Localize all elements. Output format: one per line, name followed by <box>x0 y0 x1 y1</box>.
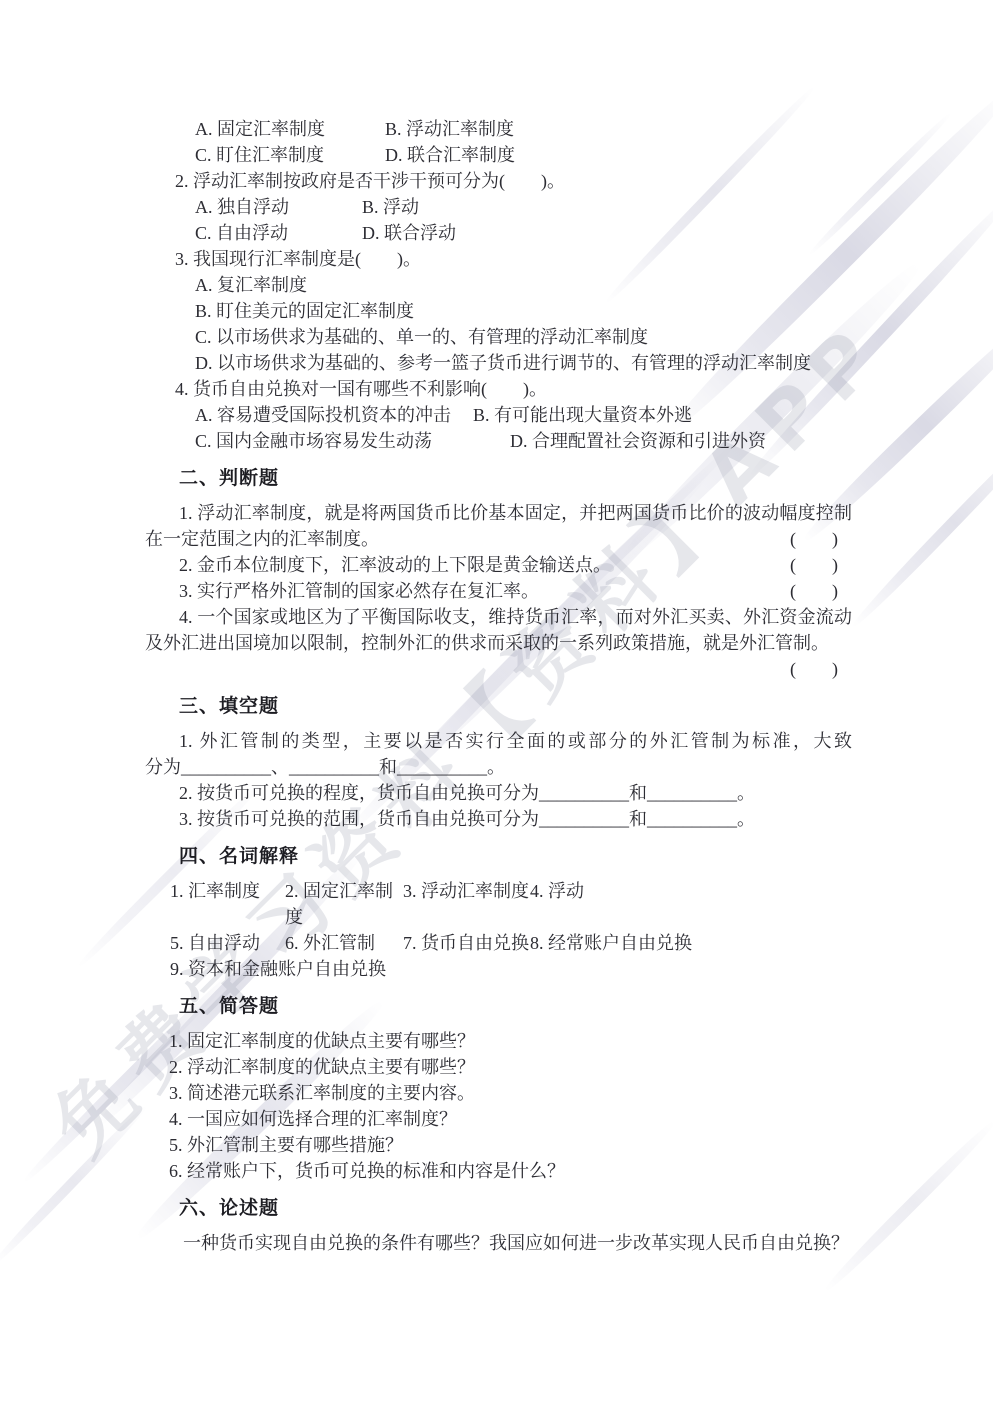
tf-answer-blank: ( ) <box>756 552 838 578</box>
section-heading: 三、填空题 <box>179 694 852 720</box>
section-multiple-choice: A. 固定汇率制度B. 浮动汇率制度 C. 盯住汇率制度D. 联合汇率制度 2.… <box>145 116 852 454</box>
tf-answer-blank: ( ) <box>756 578 838 604</box>
short-answer-item: 1. 固定汇率制度的优缺点主要有哪些？ <box>145 1028 852 1054</box>
section-heading: 六、论述题 <box>179 1196 852 1222</box>
short-answer-item: 3. 简述港元联系汇率制度的主要内容。 <box>145 1080 852 1106</box>
tf-answer-blank: ( ) <box>756 656 838 682</box>
mc-option: B. 盯住美元的固定汇率制度 <box>145 298 852 324</box>
term-item: 3. 浮动汇率制度 <box>403 878 530 930</box>
terms-grid: 1. 汇率制度 2. 固定汇率制度 3. 浮动汇率制度 4. 浮动 5. 自由浮… <box>145 878 852 982</box>
tf-item: 3. 实行严格外汇管制的国家必然存在复汇率。 ( ) <box>145 578 852 604</box>
term-item: 7. 货币自由兑换 <box>403 930 530 956</box>
section-true-false: 二、判断题 1. 浮动汇率制度，就是将两国货币比价基本固定，并把两国货币比价的波… <box>145 466 852 682</box>
term-item: 8. 经常账户自由兑换 <box>530 930 692 956</box>
mc-option: B. 浮动汇率制度 <box>385 119 514 139</box>
short-answer-item: 6. 经常账户下，货币可兑换的标准和内容是什么？ <box>145 1158 852 1184</box>
section-heading: 四、名词解释 <box>179 844 852 870</box>
mc-option-row: C. 国内金融市场容易发生动荡D. 合理配置社会资源和引进外资 <box>145 428 852 454</box>
mc-option-row: A. 独自浮动B. 浮动 <box>145 194 852 220</box>
fill-item: 3. 按货币可兑换的范围，货币自由兑换可分为__________和_______… <box>145 806 852 832</box>
tf-item: 4. 一个国家或地区为了平衡国际收支，维持货币汇率，而对外汇买卖、外汇资金流动及… <box>145 604 852 682</box>
tf-item-text: 2. 金币本位制度下，汇率波动的上下限是黄金输送点。 <box>179 555 611 575</box>
mc-option-row: C. 盯住汇率制度D. 联合汇率制度 <box>145 142 852 168</box>
mc-question-stem: 2. 浮动汇率制按政府是否干涉干预可分为( )。 <box>145 168 852 194</box>
term-item: 5. 自由浮动 <box>170 930 285 956</box>
term-item: 2. 固定汇率制度 <box>285 878 403 930</box>
fill-item: 2. 按货币可兑换的程度，货币自由兑换可分为__________和_______… <box>145 780 852 806</box>
exercise-page: 免费学习资料【资料】APP A. 固定汇率制度B. 浮动汇率制度 C. 盯住汇率… <box>0 0 993 1404</box>
mc-option-row: A. 容易遭受国际投机资本的冲击B. 有可能出现大量资本外逃 <box>145 402 852 428</box>
section-fill-blank: 三、填空题 1. 外汇管制的类型，主要以是否实行全面的或部分的外汇管制为标准，大… <box>145 694 852 832</box>
tf-item-text: 4. 一个国家或地区为了平衡国际收支，维持货币汇率，而对外汇买卖、外汇资金流动及… <box>145 607 852 653</box>
terms-row: 5. 自由浮动 6. 外汇管制 7. 货币自由兑换 8. 经常账户自由兑换 <box>170 930 852 956</box>
tf-item-text: 3. 实行严格外汇管制的国家必然存在复汇率。 <box>179 581 539 601</box>
section-essay: 六、论述题 一种货币实现自由兑换的条件有哪些？我国应如何进一步改革实现人民币自由… <box>145 1196 852 1256</box>
mc-option-row: C. 自由浮动D. 联合浮动 <box>145 220 852 246</box>
short-answer-item: 2. 浮动汇率制度的优缺点主要有哪些？ <box>145 1054 852 1080</box>
terms-row: 1. 汇率制度 2. 固定汇率制度 3. 浮动汇率制度 4. 浮动 <box>170 878 852 930</box>
section-heading: 五、简答题 <box>179 994 852 1020</box>
watermark-streak <box>0 1102 150 1267</box>
mc-question-stem: 3. 我国现行汇率制度是( )。 <box>145 246 852 272</box>
term-item: 9. 资本和金融账户自由兑换 <box>170 956 386 982</box>
mc-option: D. 以市场供求为基础的、参考一篮子货币进行调节的、有管理的浮动汇率制度 <box>145 350 852 376</box>
mc-option: B. 有可能出现大量资本外逃 <box>473 405 692 425</box>
tf-answer-blank: ( ) <box>756 526 838 552</box>
mc-option: A. 复汇率制度 <box>145 272 852 298</box>
mc-option: D. 合理配置社会资源和引进外资 <box>510 431 766 451</box>
mc-option: A. 容易遭受国际投机资本的冲击 <box>195 402 473 428</box>
terms-row: 9. 资本和金融账户自由兑换 <box>170 956 852 982</box>
mc-option: C. 自由浮动 <box>195 220 362 246</box>
tf-item-text: 1. 浮动汇率制度，就是将两国货币比价基本固定，并把两国货币比价的波动幅度控制在… <box>145 503 852 549</box>
section-short-answer: 五、简答题 1. 固定汇率制度的优缺点主要有哪些？ 2. 浮动汇率制度的优缺点主… <box>145 994 852 1184</box>
mc-question-stem: 4. 货币自由兑换对一国有哪些不利影响( )。 <box>145 376 852 402</box>
short-answer-item: 4. 一国应如何选择合理的汇率制度？ <box>145 1106 852 1132</box>
section-heading: 二、判断题 <box>179 466 852 492</box>
mc-option: D. 联合浮动 <box>362 223 456 243</box>
mc-option: C. 国内金融市场容易发生动荡 <box>195 428 510 454</box>
tf-item: 2. 金币本位制度下，汇率波动的上下限是黄金输送点。 ( ) <box>145 552 852 578</box>
term-item: 6. 外汇管制 <box>285 930 403 956</box>
essay-question: 一种货币实现自由兑换的条件有哪些？我国应如何进一步改革实现人民币自由兑换？ <box>145 1230 852 1256</box>
mc-option: D. 联合汇率制度 <box>385 145 515 165</box>
page-content: A. 固定汇率制度B. 浮动汇率制度 C. 盯住汇率制度D. 联合汇率制度 2.… <box>145 116 852 1256</box>
mc-option: A. 独自浮动 <box>195 194 362 220</box>
mc-option: C. 盯住汇率制度 <box>195 142 385 168</box>
fill-item-line: 1. 外汇管制的类型，主要以是否实行全面的或部分的外汇管制为标准，大致 <box>145 728 852 754</box>
mc-option-row: A. 固定汇率制度B. 浮动汇率制度 <box>145 116 852 142</box>
fill-item-line: 分为__________、__________和__________。 <box>145 754 852 780</box>
mc-option: B. 浮动 <box>362 197 419 217</box>
mc-option: A. 固定汇率制度 <box>195 116 385 142</box>
watermark-streak <box>848 421 993 631</box>
tf-item: 1. 浮动汇率制度，就是将两国货币比价基本固定，并把两国货币比价的波动幅度控制在… <box>145 500 852 552</box>
mc-option: C. 以市场供求为基础的、单一的、有管理的浮动汇率制度 <box>145 324 852 350</box>
term-item: 4. 浮动 <box>530 878 584 930</box>
term-item: 1. 汇率制度 <box>170 878 285 930</box>
section-terms: 四、名词解释 1. 汇率制度 2. 固定汇率制度 3. 浮动汇率制度 4. 浮动… <box>145 844 852 982</box>
short-answer-item: 5. 外汇管制主要有哪些措施？ <box>145 1132 852 1158</box>
